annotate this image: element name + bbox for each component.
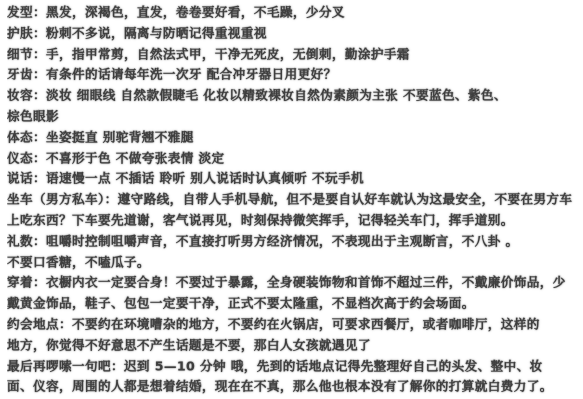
text-line-6: 棕色眼影 (7, 107, 581, 127)
text-line-16: 约会地点：不要约在环境嘈杂的地方，不要约在火锅店，可要求西餐厅，或者咖啡厅，这样… (7, 315, 581, 335)
text-line-18: 最后再啰嗦一句吧：迟到 5—10 分钟 哦，先到的话地点记得先整理好自己的头发、… (7, 357, 581, 377)
text-line-15: 戴黄金饰品，鞋子、包包一定要干净，正式不要太隆重，不显档次高于约会场面。 (7, 294, 581, 314)
document-page: 发型：黑发，深褐色，直发，卷卷要好看，不毛躁，少分叉护肤：粉刺不多说，隔离与防晒… (0, 0, 583, 399)
text-line-7: 体态：坐姿挺直 别驼背翘不雅腿 (7, 128, 581, 148)
text-line-11: 上吃东西？下车要先道谢，客气说再见，时刻保持微笑挥手，记得轻关车门，挥手道别。 (7, 211, 581, 231)
text-line-12: 礼数：咀嚼时控制咀嚼声音，不直接打听男方经济情况，不表现出于主观断言，不八卦 。 (7, 232, 581, 252)
text-line-8: 仪态：不喜形于色 不做夸张表情 淡定 (7, 149, 581, 169)
text-line-3: 细节：手，指甲常剪，自然法式甲，干净无死皮，无倒刺，勤涂护手霜 (7, 45, 581, 65)
text-line-10: 坐车（男方私车）：遵守路线，自带人手机导航，但不是要自认好车就认为这最安全，不要… (7, 190, 581, 210)
text-line-4: 牙齿：有条件的话请每年洗一次牙 配合冲牙器日用更好？ (7, 65, 581, 85)
text-line-17: 地方，你觉得不好意思不产生话题是不要，那白人女孩就遇见了 (7, 336, 581, 356)
text-line-2: 护肤：粉刺不多说，隔离与防晒记得重视重视 (7, 24, 581, 44)
text-line-19: 面、仪容，周围的人都是想着结婚，现在在不真，那么他也根本没有了解你的打算就白费力… (7, 377, 581, 397)
text-line-5: 妆容：淡妆 细眼线 自然款假睫毛 化妆以精致裸妆自然伪素颜为主张 不要蓝色、紫色… (7, 86, 581, 106)
text-line-13: 不要口香糖，不嗑瓜子。 (7, 253, 581, 273)
document-body: 发型：黑发，深褐色，直发，卷卷要好看，不毛躁，少分叉护肤：粉刺不多说，隔离与防晒… (7, 3, 581, 398)
text-line-1: 发型：黑发，深褐色，直发，卷卷要好看，不毛躁，少分叉 (7, 3, 581, 23)
text-line-9: 说话：语速慢一点 不插话 聆听 别人说话时认真倾听 不玩手机 (7, 169, 581, 189)
text-line-14: 穿着：衣橱内衣一定要合身！不要过于暴露，全身硬装饰物和首饰不超过三件，不戴廉价饰… (7, 273, 581, 293)
